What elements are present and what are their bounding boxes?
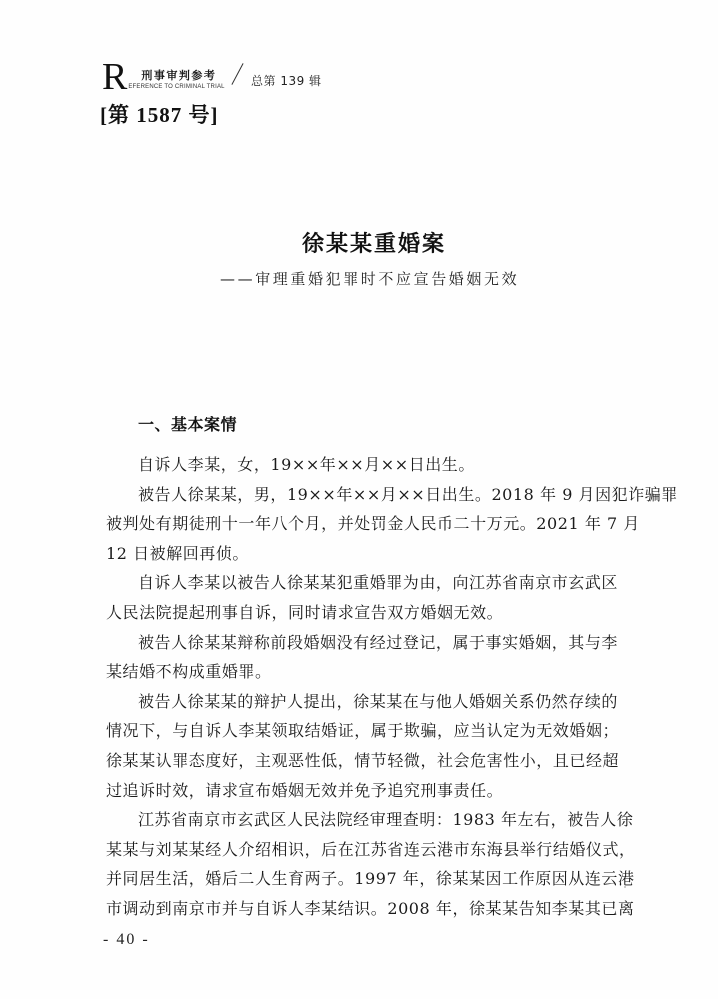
text-line: 自诉人李某以被告人徐某某犯重婚罪为由，向江苏省南京市玄武区 (106, 568, 622, 598)
journal-header: R 刑事审判参考 EFERENCE TO CRIMINAL TRIAL (102, 56, 225, 92)
case-subtitle: ——审理重婚犯罪时不应宣告婚姻无效 (220, 268, 519, 289)
text-line: 江苏省南京市玄武区人民法院经审理查明：1983 年左右，被告人徐 (106, 805, 622, 835)
text-line: 某结婚不构成重婚罪。 (106, 657, 622, 687)
volume-number: 总第 139 辑 (251, 72, 322, 89)
text-line: 被告人徐某某辩称前段婚姻没有经过登记，属于事实婚姻，其与李 (106, 628, 622, 658)
text-line: 被告人徐某某，男，19××年××月××日出生。2018 年 9 月因犯诈骗罪 (106, 480, 622, 510)
body-text: 自诉人李某，女，19××年××月××日出生。 被告人徐某某，男，19××年××月… (106, 450, 622, 924)
journal-name-en: EFERENCE TO CRIMINAL TRIAL (128, 83, 224, 91)
document-page: R 刑事审判参考 EFERENCE TO CRIMINAL TRIAL 总第 1… (0, 0, 718, 999)
text-line: 并同居生活，婚后二人生育两子。1997 年，徐某某因工作原因从连云港 (106, 864, 622, 894)
text-line: 被告人徐某某的辩护人提出，徐某某在与他人婚姻关系仍然存续的 (106, 687, 622, 717)
section-heading: 一、基本案情 (138, 412, 237, 435)
page-number: - 40 - (103, 931, 150, 949)
case-number: [第 1587 号] (100, 99, 219, 129)
text-line: 某某与刘某某经人介绍相识，后在江苏省连云港市东海县举行结婚仪式， (106, 835, 622, 865)
text-line: 情况下，与自诉人李某领取结婚证，属于欺骗，应当认定为无效婚姻； (106, 716, 622, 746)
text-line: 被判处有期徒刑十一年八个月，并处罚金人民币二十万元。2021 年 7 月 (106, 509, 622, 539)
journal-logo-text: 刑事审判参考 EFERENCE TO CRIMINAL TRIAL (128, 69, 224, 92)
text-line: 市调动到南京市并与自诉人李某结识。2008 年，徐某某告知李某其已离 (106, 894, 622, 924)
text-line: 自诉人李某，女，19××年××月××日出生。 (106, 450, 622, 480)
journal-logo-letter: R (102, 62, 127, 92)
text-line: 徐某某认罪态度好，主观恶性低，情节轻微，社会危害性小，且已经超 (106, 746, 622, 776)
case-title: 徐某某重婚案 (0, 227, 718, 258)
text-line: 人民法院提起刑事自诉，同时请求宣告双方婚姻无效。 (106, 598, 622, 628)
journal-name-cn: 刑事审判参考 (141, 69, 224, 83)
text-line: 过追诉时效，请求宣布婚姻无效并免予追究刑事责任。 (106, 776, 622, 806)
header-divider-slash (231, 63, 243, 85)
scan-artifact (624, 886, 626, 888)
text-line: 12 日被解回再侦。 (106, 539, 622, 569)
